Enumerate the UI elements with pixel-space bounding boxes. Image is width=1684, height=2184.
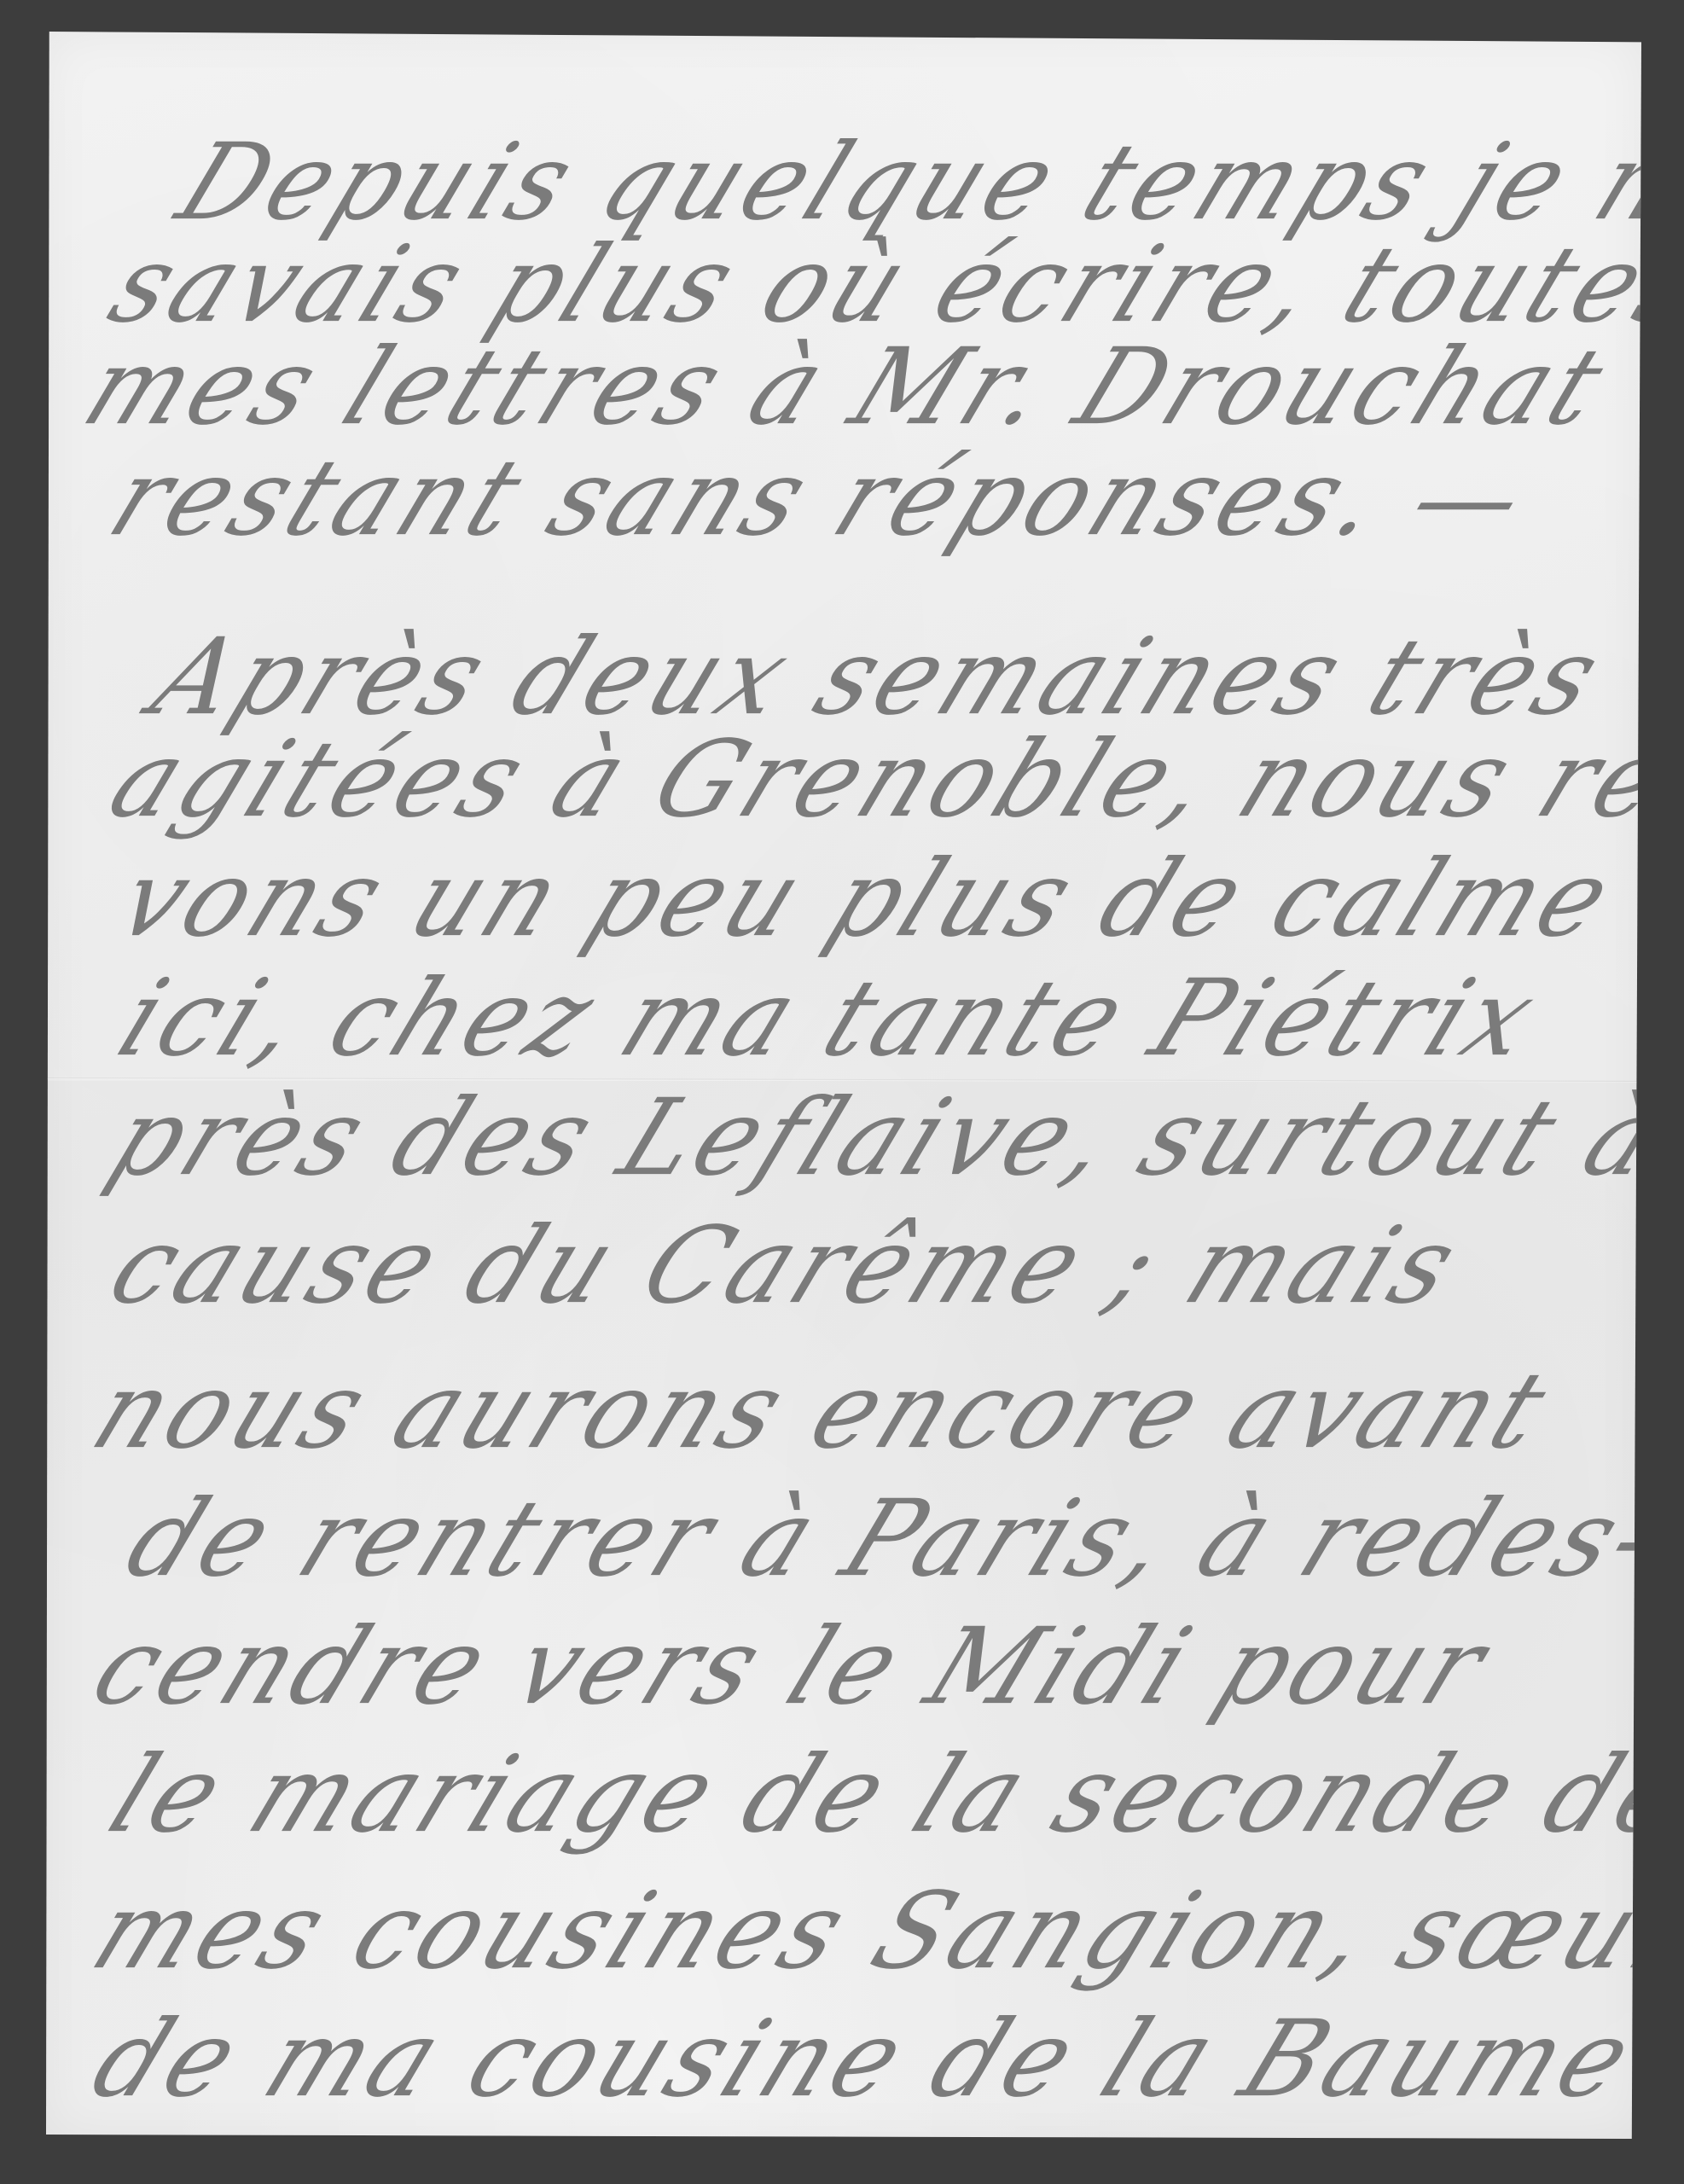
scan-background: Depuis quelque temps je ne savais plus o… (0, 0, 1684, 2184)
handwritten-line: de ma cousine de la Baume ; (80, 2006, 1684, 2111)
handwritten-line: cendre vers le Midi pour (80, 1613, 1505, 1719)
handwritten-line: près des Leflaive, surtout à (97, 1084, 1678, 1190)
letter-page: Depuis quelque temps je ne savais plus o… (46, 32, 1641, 2139)
handwritten-line: savais plus où écrire, toutes (97, 231, 1684, 337)
handwritten-line: Depuis quelque temps je ne (165, 129, 1684, 235)
handwritten-line: Après deux semaines très (140, 624, 1618, 729)
handwritten-line: nous aurons encore avant (80, 1357, 1565, 1463)
handwritten-line: de rentrer à Paris, à redes- (114, 1485, 1678, 1591)
handwritten-line: mes lettres à Mr. Drouchat (72, 334, 1623, 439)
handwritten-line: le mariage de la seconde de (97, 1741, 1684, 1847)
handwritten-line: mes cousines Sangion, sœur (80, 1878, 1684, 1984)
handwritten-text-block: Depuis quelque temps je ne savais plus o… (46, 32, 1641, 2139)
handwritten-line: agitées à Grenoble, nous retrou- (97, 726, 1684, 832)
handwritten-line: vons un peu plus de calme (106, 845, 1629, 951)
handwritten-line: restant sans réponses. — (97, 444, 1545, 550)
handwritten-line: ici, chez ma tante Piétrix (106, 965, 1554, 1071)
handwritten-line: cause du Carême ; mais (97, 1212, 1475, 1318)
